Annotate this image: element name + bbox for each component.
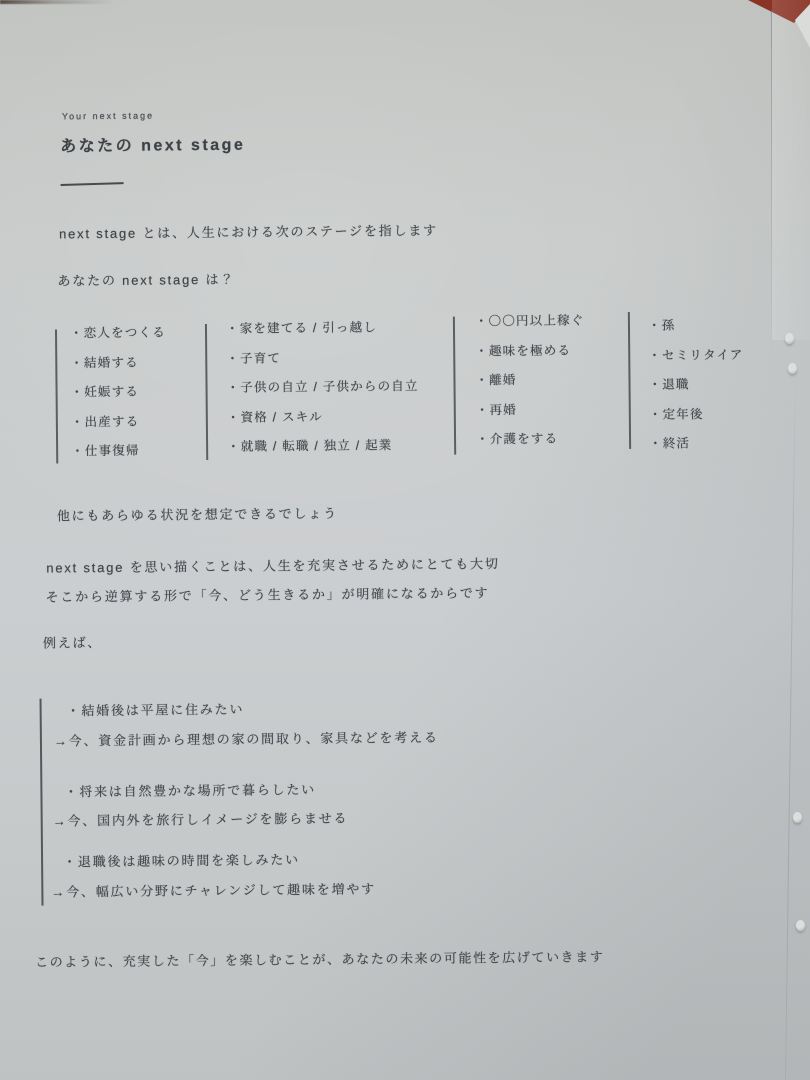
stage-column-3: ・〇〇円以上稼ぐ ・趣味を極める ・離婚 ・再婚 ・介護をする (475, 314, 586, 463)
stage-column-1: ・恋人をつくる ・結婚する ・妊娠する ・出産する ・仕事復帰 (70, 326, 167, 474)
stage-item: ・退職 (648, 378, 743, 392)
stage-item: ・孫 (648, 319, 743, 333)
title-underline (61, 182, 124, 186)
stage-item: ・〇〇円以上稼ぐ (475, 314, 585, 328)
stage-item: ・資格 / スキル (227, 409, 419, 424)
stage-item: ・セミリタイア (648, 348, 743, 362)
page-content: Your next stage あなたの next stage next sta… (0, 0, 810, 1080)
example-action: →今、幅広い分野にチャレンジして趣味を増やす (51, 878, 376, 900)
eyebrow-text: Your next stage (62, 111, 154, 122)
note-text: 他にもあらゆる状況を想定できるでしょう (57, 503, 338, 525)
stage-item: ・仕事復帰 (71, 444, 167, 458)
stage-item: ・趣味を極める (475, 344, 585, 358)
stage-item: ・再婚 (476, 403, 586, 417)
stage-item: ・結婚する (70, 356, 166, 370)
examples-left-rule (40, 699, 43, 906)
stage-item: ・家を建てる / 引っ越し (226, 321, 418, 336)
stage-item: ・子供の自立 / 子供からの自立 (226, 380, 418, 395)
body-line-1: next stage を思い描くことは、人生を充実させるためにとても大切 (46, 553, 500, 576)
stage-column-4: ・孫 ・セミリタイア ・退職 ・定年後 ・終活 (648, 319, 745, 467)
stage-item: ・恋人をつくる (70, 326, 166, 340)
example-wish: ・将来は自然豊かな場所で暮らしたい (64, 779, 316, 800)
example-label: 例えば、 (43, 632, 102, 652)
stage-item: ・就職 / 転職 / 独立 / 起業 (227, 439, 419, 454)
stage-item: ・終活 (649, 437, 744, 451)
stage-item: ・子育て (226, 350, 418, 365)
page-title: あなたの next stage (60, 132, 245, 157)
example-action: →今、国内外を旅行しイメージを膨らませる (53, 808, 349, 830)
conclusion-text: このように、充実した「今」を楽しむことが、あなたの未来の可能性を広げていきます (35, 946, 605, 970)
intro-question: あなたの next stage は？ (57, 269, 235, 290)
stage-item: ・介護をする (476, 432, 586, 446)
stage-column-2: ・家を建てる / 引っ越し ・子育て ・子供の自立 / 子供からの自立 ・資格 … (226, 321, 420, 470)
stage-list-divider (55, 329, 58, 463)
document-photo: Your next stage あなたの next stage next sta… (0, 0, 810, 1080)
example-wish: ・退職後は趣味の時間を楽しみたい (63, 849, 300, 870)
stage-item: ・離婚 (475, 373, 585, 387)
stage-list-divider (205, 324, 208, 460)
stage-list-divider (628, 312, 631, 449)
stage-item: ・妊娠する (71, 385, 167, 399)
stage-item: ・出産する (71, 415, 167, 429)
example-action: →今、資金計画から理想の家の間取り、家具などを考える (54, 727, 439, 750)
example-wish: ・結婚後は平屋に住みたい (67, 699, 245, 720)
stage-list-divider (453, 317, 456, 455)
stage-item: ・定年後 (649, 407, 744, 421)
intro-definition: next stage とは、人生における次のステージを指します (59, 220, 438, 243)
body-line-2: そこから逆算する形で「今、どう生きるか」が明確になるからです (45, 582, 489, 605)
